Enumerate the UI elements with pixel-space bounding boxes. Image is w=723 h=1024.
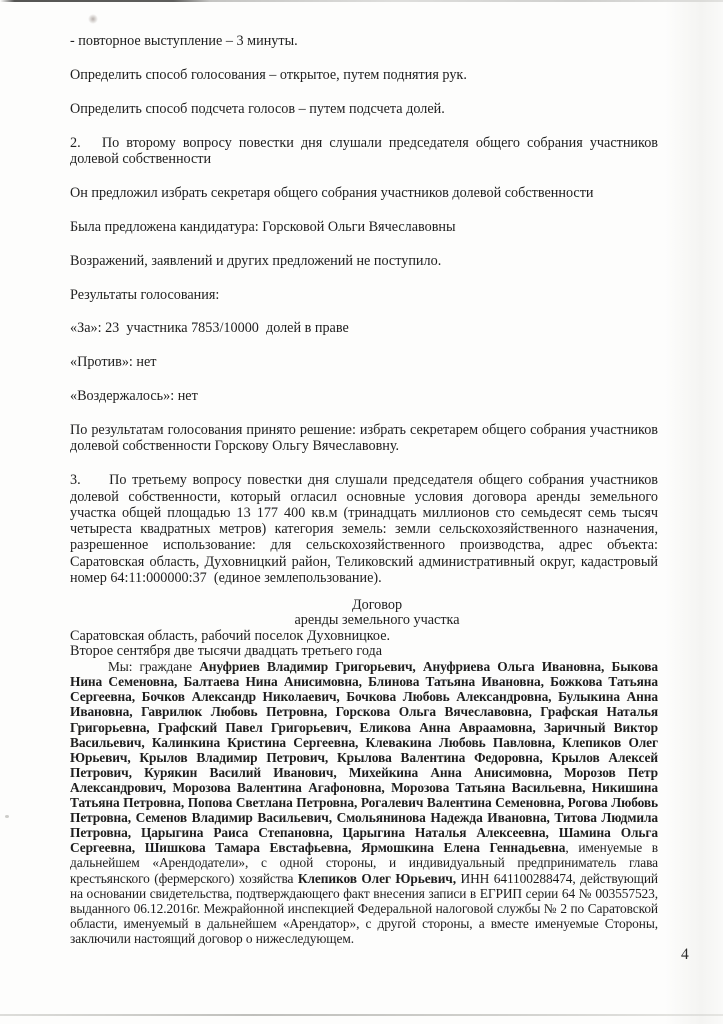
procedural-rebuttal-line: - повторное выступление – 3 минуты. xyxy=(70,33,658,49)
lessee-name: Клепиков Олег Юрьевич, xyxy=(298,871,456,886)
scanned-document-page: - повторное выступление – 3 минуты. Опре… xyxy=(0,0,723,1024)
contract-title-line1: Договор xyxy=(70,598,658,613)
question3-paragraph: 3. По третьему вопросу повестки дня слуш… xyxy=(70,472,658,586)
scan-speck-artifact xyxy=(5,815,9,818)
contract-title-line2: аренды земельного участка xyxy=(70,613,658,628)
minutes-section: - повторное выступление – 3 минуты. Опре… xyxy=(70,33,658,586)
contract-place-line: Саратовская область, рабочий поселок Дух… xyxy=(70,629,658,644)
procedural-voting-method-line: Определить способ голосования – открытое… xyxy=(70,67,658,83)
document-content: - повторное выступление – 3 минуты. Опре… xyxy=(70,33,658,586)
vote-abstain-line: «Воздержалось»: нет xyxy=(70,388,658,404)
procedural-count-method-line: Определить способ подсчета голосов – пут… xyxy=(70,101,658,117)
contract-date-line: Второе сентября две тысячи двадцать трет… xyxy=(70,644,658,659)
contract-parties-paragraph: Мы: граждане Ануфриев Владимир Григорьев… xyxy=(70,659,658,946)
question2-proposal: Он предложил избрать секретаря общего со… xyxy=(70,185,658,201)
voting-results-label: Результаты голосования: xyxy=(70,287,658,303)
question2-heading: 2. По второму вопросу повестки дня слуша… xyxy=(70,135,658,168)
question2-decision: По результатам голосования принято решен… xyxy=(70,422,658,455)
page-number: 4 xyxy=(681,946,689,964)
scan-edge-bottom-line xyxy=(0,1014,723,1016)
vote-for-line: «За»: 23 участника 7853/10000 долей в пр… xyxy=(70,320,658,336)
question2-candidate: Была предложена кандидатура: Горсковой О… xyxy=(70,219,658,235)
contract-section: Договор аренды земельного участка Сарато… xyxy=(70,598,658,946)
question2-no-objections: Возражений, заявлений и других предложен… xyxy=(70,253,658,269)
vote-against-line: «Против»: нет xyxy=(70,354,658,370)
scan-smudge-artifact xyxy=(86,12,99,25)
parties-intro: Мы: граждане xyxy=(108,659,199,674)
scan-edge-top-line xyxy=(0,0,723,2)
lessors-names: Ануфриев Владимир Григорьевич, Ануфриева… xyxy=(70,659,658,855)
